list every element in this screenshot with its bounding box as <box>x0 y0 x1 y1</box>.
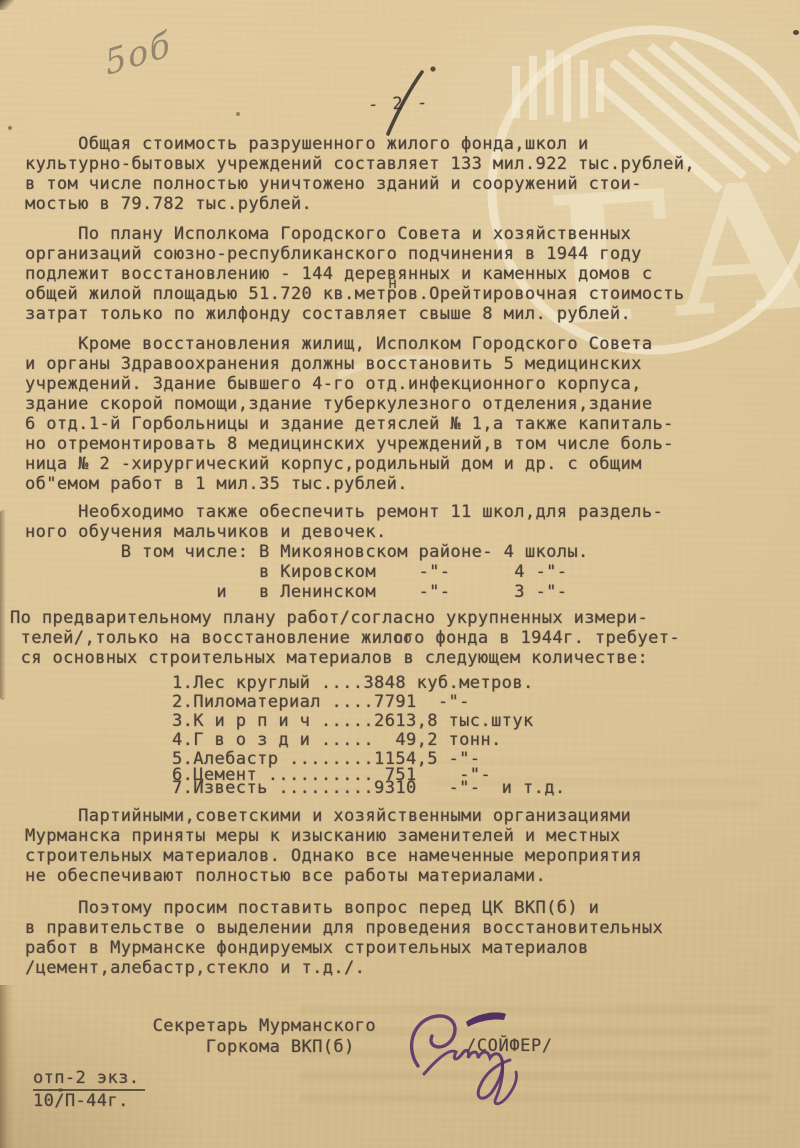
text-line: в Кировском -"- 4 -"- <box>25 562 785 582</box>
paragraph-2: По плану Исполкома Городского Совета и х… <box>25 224 785 324</box>
text-line: общей жилой площадью 51.720 кв.метров.Ор… <box>25 284 785 304</box>
text-line: строительных материалов. Однако все наме… <box>25 846 785 866</box>
text-line: Горкома ВКП(б) <box>25 1037 376 1058</box>
text-line: и в Ленинском -"- 3 -"- <box>25 582 785 602</box>
signature-title-block: Секретарь Мурманского Горкома ВКП(б) <box>25 1016 376 1058</box>
text-line: Кроме восстановления жилищ, Исполком Гор… <box>25 334 785 354</box>
paper-fold-edge <box>0 985 14 1148</box>
text-line: В том числе: В Микояновском районе- 4 шк… <box>25 542 785 562</box>
text-line: Секретарь Мурманского <box>25 1016 376 1037</box>
text-line: ся основных строительных материалов в сл… <box>10 648 785 668</box>
text-line: но отремонтировать 8 медицинских учрежде… <box>25 434 785 454</box>
text-line: подлежит восстановлению - 144 деревянных… <box>25 264 785 284</box>
handwritten-folio-note: 5об <box>103 26 175 82</box>
document-date: 10/П-44г. <box>33 1091 145 1111</box>
text-line: Поэтому просим поставить вопрос перед ЦК… <box>25 898 785 918</box>
text-line: культурно-бытовых учреждений составляет … <box>25 154 785 174</box>
text-line: затрат только по жилфонду составляет свы… <box>25 304 785 324</box>
text-line: здание скорой помощи,здание туберкулезно… <box>25 394 785 414</box>
text-line: 3.К и р п и ч .....2613,8 тыс.штук <box>172 712 785 731</box>
text-line: 1.Лес круглый ....3848 куб.метров. <box>172 674 785 693</box>
copies-count: отп-2 экз. <box>33 1068 145 1091</box>
text-line: организаций союзно-республиканского подч… <box>25 244 785 264</box>
text-line: 6 отд.1-й Горбольницы и здание детяслей … <box>25 414 785 434</box>
paper-edge-shadow <box>0 510 6 700</box>
text-line: работ в Мурманске фондируемых строительн… <box>25 938 785 958</box>
text-line: Партийными,советскими и хозяйственными о… <box>25 806 785 826</box>
handwritten-insertion-letter: н <box>388 276 397 291</box>
paragraph-6: Партийными,советскими и хозяйственными о… <box>25 806 785 886</box>
handwritten-insertion-word: по <box>394 631 412 646</box>
typist-note: отп-2 экз. 10/П-44г. <box>33 1068 145 1111</box>
text-line: учреждений. Здание бывшего 4-го отд.инфе… <box>25 374 785 394</box>
corner-stain <box>0 0 14 10</box>
ink-speck <box>8 126 12 130</box>
scanned-document-page: ГАМ 5об - 2 - Общая стоимость разрушенно… <box>0 0 800 1148</box>
text-line: 4.Г в о з д и ..... 49,2 тонн. <box>172 731 785 750</box>
text-line: 7.Известь .........9310 -"- и т.д. <box>172 779 785 798</box>
materials-list: 1.Лес круглый ....3848 куб.метров.2.Пило… <box>25 674 785 798</box>
ink-speck <box>236 112 240 116</box>
text-line: в правительстве о выделении для проведен… <box>25 918 785 938</box>
text-line: об"емом работ в 1 мил.35 тыс.рублей. <box>25 474 785 494</box>
text-line: ного обучения мальчиков и девочек. <box>25 522 785 542</box>
text-line: /цемент,алебастр,стекло и т.д./. <box>25 958 785 978</box>
text-line: в том числе полностью уничтожено зданий … <box>25 174 785 194</box>
paragraph-4: Необходимо также обеспечить ремонт 11 шк… <box>25 502 785 542</box>
text-line: ница № 2 -хирургический корпус,родильный… <box>25 454 785 474</box>
handwritten-strike-mark <box>378 52 448 147</box>
ink-speck <box>793 30 799 35</box>
document-body: Общая стоимость разрушенного жилого фонд… <box>25 134 785 988</box>
text-line: не обеспечивают полностью все работы мат… <box>25 866 785 886</box>
handwritten-signature <box>404 1000 574 1110</box>
text-line: и органы Здравоохранения должны восстано… <box>25 354 785 374</box>
ink-speck <box>58 1088 63 1092</box>
schools-list: В том числе: В Микояновском районе- 4 шк… <box>25 542 785 602</box>
text-line: 2.Пиломатериал ....7791 -"- <box>172 693 785 712</box>
paragraph-3: Кроме восстановления жилищ, Исполком Гор… <box>25 334 785 494</box>
text-line: По плану Исполкома Городского Совета и х… <box>25 224 785 244</box>
text-line: Мурманска приняты меры к изысканию замен… <box>25 826 785 846</box>
paragraph-7: Поэтому просим поставить вопрос перед ЦК… <box>25 898 785 978</box>
text-line: Необходимо также обеспечить ремонт 11 шк… <box>25 502 785 522</box>
text-line: По предварительному плану работ/согласно… <box>10 608 785 628</box>
text-line: мостью в 79.782 тыс.рублей. <box>25 194 785 214</box>
